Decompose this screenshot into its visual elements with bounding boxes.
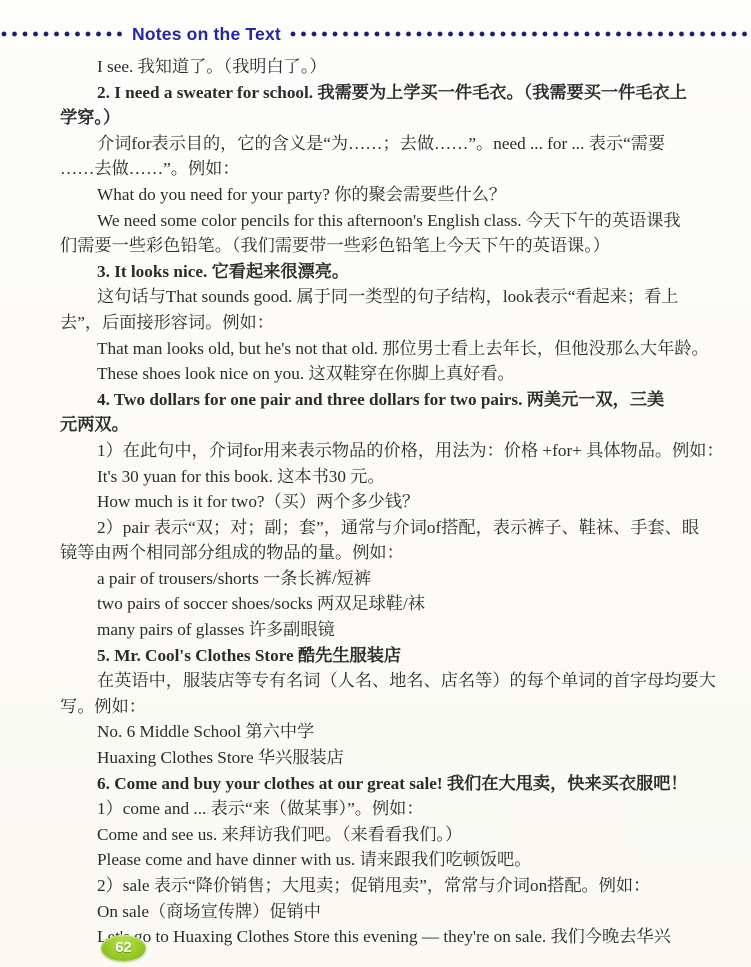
text-line: I see. 我知道了。（我明白了。） — [60, 54, 742, 80]
text-line: What do you need for your party? 你的聚会需要些… — [60, 182, 742, 208]
text-line: 5. Mr. Cool's Clothes Store 酷先生服装店 — [60, 643, 742, 669]
text-line: Huaxing Clothes Store 华兴服装店 — [60, 745, 742, 771]
page-header: Notes on the Text — [0, 22, 751, 46]
text-line: 镜等由两个相同部分组成的物品的量。例如： — [60, 540, 742, 566]
textbook-page: Notes on the Text I see. 我知道了。（我明白了。）2. … — [0, 0, 751, 967]
text-line: two pairs of soccer shoes/socks 两双足球鞋/袜 — [60, 591, 742, 617]
page-number-badge: 62 — [101, 935, 146, 961]
text-line: 2）pair 表示“双；对；副；套”，通常与介词of搭配，表示裤子、鞋袜、手套、… — [60, 515, 742, 541]
text-line: 1）come and ... 表示“来（做某事）”。例如： — [60, 796, 742, 822]
text-line: 3. It looks nice. 它看起来很漂亮。 — [60, 259, 742, 285]
text-line: We need some color pencils for this afte… — [60, 208, 742, 234]
text-line: Come and see us. 来拜访我们吧。（来看看我们。） — [60, 822, 742, 848]
text-line: On sale（商场宣传牌）促销中 — [60, 899, 742, 925]
text-line: Please come and have dinner with us. 请来跟… — [60, 847, 742, 873]
text-line: How much is it for two?（买）两个多少钱？ — [60, 489, 742, 515]
text-line: 4. Two dollars for one pair and three do… — [60, 387, 742, 413]
text-line: 学穿。） — [60, 105, 742, 131]
text-line: 6. Come and buy your clothes at our grea… — [60, 771, 742, 797]
text-line: That man looks old, but he's not that ol… — [60, 336, 742, 362]
text-line: 写。例如： — [60, 694, 742, 720]
text-line: many pairs of glasses 许多副眼镜 — [60, 617, 742, 643]
text-line: 这句话与That sounds good. 属于同一类型的句子结构，look表示… — [60, 284, 742, 310]
header-title: Notes on the Text — [132, 24, 281, 45]
dotted-rule-left-icon — [0, 30, 126, 38]
text-line: a pair of trousers/shorts 一条长裤/短裤 — [60, 566, 742, 592]
text-line: 们需要一些彩色铅笔。（我们需要带一些彩色铅笔上今天下午的英语课。） — [60, 233, 742, 259]
text-line: 2）sale 表示“降价销售；大甩卖；促销甩卖”，常常与介词on搭配。例如： — [60, 873, 742, 899]
text-line: Let's go to Huaxing Clothes Store this e… — [60, 924, 742, 950]
text-line: 在英语中，服装店等专有名词（人名、地名、店名等）的每个单词的首字母均要大 — [60, 668, 742, 694]
text-line: It's 30 yuan for this book. 这本书30 元。 — [60, 464, 742, 490]
text-line: 1）在此句中，介词for用来表示物品的价格，用法为：价格 +for+ 具体物品。… — [60, 438, 742, 464]
notes-content: I see. 我知道了。（我明白了。）2. I need a sweater f… — [60, 54, 742, 950]
dotted-rule-right-icon — [289, 30, 751, 38]
text-line: 2. I need a sweater for school. 我需要为上学买一… — [60, 80, 742, 106]
text-line: 去”，后面接形容词。例如： — [60, 310, 742, 336]
text-line: ……去做……”。例如： — [60, 156, 742, 182]
text-line: 介词for表示目的，它的含义是“为……；去做……”。need ... for .… — [60, 131, 742, 157]
text-line: These shoes look nice on you. 这双鞋穿在你脚上真好… — [60, 361, 742, 387]
text-line: 元两双。 — [60, 412, 742, 438]
text-line: No. 6 Middle School 第六中学 — [60, 719, 742, 745]
